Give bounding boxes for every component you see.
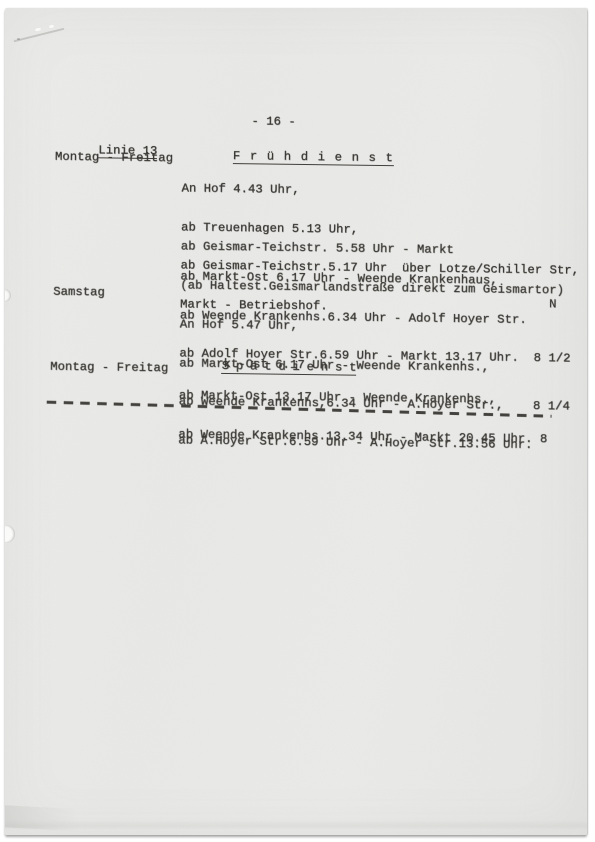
schedule-line: ab Markt-Ost 6.17 Uhr - Weende Krankenha… [180, 270, 571, 288]
schedule-line: An Hof 4.43 Uhr, [181, 182, 580, 200]
document-page: - 16 - Linie 13 F r ü h d i e n s t Mont… [5, 8, 587, 835]
day-label-weekday-early: Montag - Freitag [55, 151, 173, 165]
schedule-line: ab Markt-Ost 13.17 Uhr - Weende Krankenh… [179, 389, 548, 407]
schedule-line: An Hof 5.47 Uhr, [180, 318, 571, 336]
typewritten-content: - 16 - Linie 13 F r ü h d i e n s t Mont… [5, 8, 587, 835]
day-label-weekday-late: Montag - Freitag [50, 361, 168, 375]
schedule-line: ab Weende Krankenhs.13.34 Uhr - Markt 20… [178, 428, 547, 446]
day-label-saturday: Samstag [53, 286, 105, 300]
schedule-paragraph: ab Markt-Ost 13.17 Uhr - Weende Krankenh… [178, 363, 548, 471]
page-number: - 16 - [251, 115, 295, 128]
